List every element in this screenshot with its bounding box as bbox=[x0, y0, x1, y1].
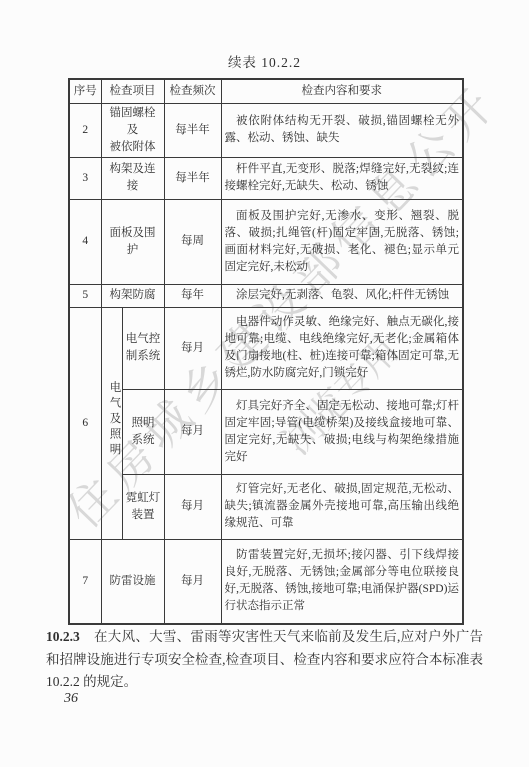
frequency-cell: 每半年 bbox=[164, 103, 221, 157]
content-text: 面板及围护完好,无渗水、变形、翘裂、脱落、破损;扎绳管(杆)固定牢固,无脱落、锈… bbox=[225, 208, 460, 276]
frequency-cell: 每半年 bbox=[164, 157, 221, 199]
item-cell: 构架及连接 bbox=[101, 157, 164, 199]
row-number-cell: 5 bbox=[69, 284, 101, 307]
content-cell: 灯管完好,无老化、破损,固定规范,无松动、缺失;镇流器金属外壳接地可靠,高压输出… bbox=[221, 474, 463, 539]
content-cell: 灯具完好齐全、固定无松动、接地可靠;灯杆固定牢固;导管(电缆桥架)及接线盒接地可… bbox=[221, 389, 463, 474]
content-text: 被依附体结构无开裂、破损,锚固螺栓无外露、松动、锈蚀、缺失 bbox=[225, 113, 460, 147]
table-continuation-title: 续表 10.2.2 bbox=[0, 51, 529, 71]
clause-number: 10.2.3 bbox=[46, 629, 80, 644]
content-text: 防雷装置完好,无损坏;接闪器、引下线焊接良好,无脱落、无锈蚀;金属部分等电位联接… bbox=[225, 547, 460, 615]
frequency-cell: 每月 bbox=[164, 389, 221, 474]
column-header-item: 检查项目 bbox=[101, 79, 164, 103]
item-cell: 面板及围护 bbox=[101, 199, 164, 284]
frequency-cell: 每月 bbox=[164, 539, 221, 624]
table-row: 照明 系统 每月 灯具完好齐全、固定无松动、接地可靠;灯杆固定牢固;导管(电缆桥… bbox=[69, 389, 463, 474]
content-cell: 防雷装置完好,无损坏;接闪器、引下线焊接良好,无脱落、无锈蚀;金属部分等电位联接… bbox=[221, 539, 463, 624]
content-text: 杆件平直,无变形、脱落;焊缝完好,无裂纹;连接螺栓完好,无缺失、松动、锈蚀 bbox=[225, 161, 460, 195]
content-cell: 涂层完好,无剥落、龟裂、风化;杆件无锈蚀 bbox=[221, 284, 463, 307]
table-row: 2 锚固螺栓及 被依附体 每半年 被依附体结构无开裂、破损,锚固螺栓无外露、松动… bbox=[69, 103, 463, 157]
item-cell: 电气控 制系统 bbox=[122, 307, 164, 389]
table-row: 4 面板及围护 每周 面板及围护完好,无渗水、变形、翘裂、脱落、破损;扎绳管(杆… bbox=[69, 199, 463, 284]
content-text: 灯管完好,无老化、破损,固定规范,无松动、缺失;镇流器金属外壳接地可靠,高压输出… bbox=[225, 481, 460, 532]
row-number-cell: 3 bbox=[69, 157, 101, 199]
frequency-cell: 每月 bbox=[164, 474, 221, 539]
content-cell: 被依附体结构无开裂、破损,锚固螺栓无外露、松动、锈蚀、缺失 bbox=[221, 103, 463, 157]
row-number-cell: 2 bbox=[69, 103, 101, 157]
row-number-cell: 4 bbox=[69, 199, 101, 284]
frequency-cell: 每年 bbox=[164, 284, 221, 307]
document-page: 住房城乡建设部信息公开 浏览专用 续表 10.2.2 序号 检查项目 检查频次 … bbox=[0, 0, 529, 767]
clause-paragraph: 10.2.3在大风、大雪、雷雨等灾害性天气来临前及发生后,应对户外广告和招牌设施… bbox=[46, 626, 483, 694]
column-header-serial: 序号 bbox=[69, 79, 101, 103]
inspection-table: 序号 检查项目 检查频次 检查内容和要求 2 锚固螺栓及 被依附体 每半年 被依… bbox=[68, 78, 464, 625]
group-label-vertical-text: 电气及照明 bbox=[105, 381, 123, 459]
content-cell: 杆件平直,无变形、脱落;焊缝完好,无裂纹;连接螺栓完好,无缺失、松动、锈蚀 bbox=[221, 157, 463, 199]
column-header-content: 检查内容和要求 bbox=[221, 79, 463, 103]
table-row: 6 电气及照明 电气控 制系统 每月 电器件动作灵敏、绝缘完好、触点无碳化,接地… bbox=[69, 307, 463, 389]
group-label-cell: 电气及照明 bbox=[101, 307, 122, 539]
content-text: 灯具完好齐全、固定无松动、接地可靠;灯杆固定牢固;导管(电缆桥架)及接线盒接地可… bbox=[225, 398, 460, 466]
item-cell: 霓虹灯 装置 bbox=[122, 474, 164, 539]
frequency-cell: 每周 bbox=[164, 199, 221, 284]
content-text: 电器件动作灵敏、绝缘完好、触点无碳化,接地可靠;电缆、电线绝缘完好,无老化;金属… bbox=[225, 314, 460, 382]
table-header-row: 序号 检查项目 检查频次 检查内容和要求 bbox=[69, 79, 463, 103]
content-text: 涂层完好,无剥落、龟裂、风化;杆件无锈蚀 bbox=[225, 287, 460, 304]
page-number: 36 bbox=[64, 691, 78, 707]
row-number-cell: 7 bbox=[69, 539, 101, 624]
item-cell: 锚固螺栓及 被依附体 bbox=[101, 103, 164, 157]
table-row: 霓虹灯 装置 每月 灯管完好,无老化、破损,固定规范,无松动、缺失;镇流器金属外… bbox=[69, 474, 463, 539]
item-cell: 照明 系统 bbox=[122, 389, 164, 474]
item-cell: 防雷设施 bbox=[101, 539, 164, 624]
frequency-cell: 每月 bbox=[164, 307, 221, 389]
table-row: 5 构架防腐 每年 涂层完好,无剥落、龟裂、风化;杆件无锈蚀 bbox=[69, 284, 463, 307]
clause-text: 在大风、大雪、雷雨等灾害性天气来临前及发生后,应对户外广告和招牌设施进行专项安全… bbox=[46, 629, 483, 689]
column-header-frequency: 检查频次 bbox=[164, 79, 221, 103]
content-cell: 面板及围护完好,无渗水、变形、翘裂、脱落、破损;扎绳管(杆)固定牢固,无脱落、锈… bbox=[221, 199, 463, 284]
table-row: 3 构架及连接 每半年 杆件平直,无变形、脱落;焊缝完好,无裂纹;连接螺栓完好,… bbox=[69, 157, 463, 199]
table-row: 7 防雷设施 每月 防雷装置完好,无损坏;接闪器、引下线焊接良好,无脱落、无锈蚀… bbox=[69, 539, 463, 624]
row-number-cell: 6 bbox=[69, 307, 101, 539]
item-cell: 构架防腐 bbox=[101, 284, 164, 307]
content-cell: 电器件动作灵敏、绝缘完好、触点无碳化,接地可靠;电缆、电线绝缘完好,无老化;金属… bbox=[221, 307, 463, 389]
